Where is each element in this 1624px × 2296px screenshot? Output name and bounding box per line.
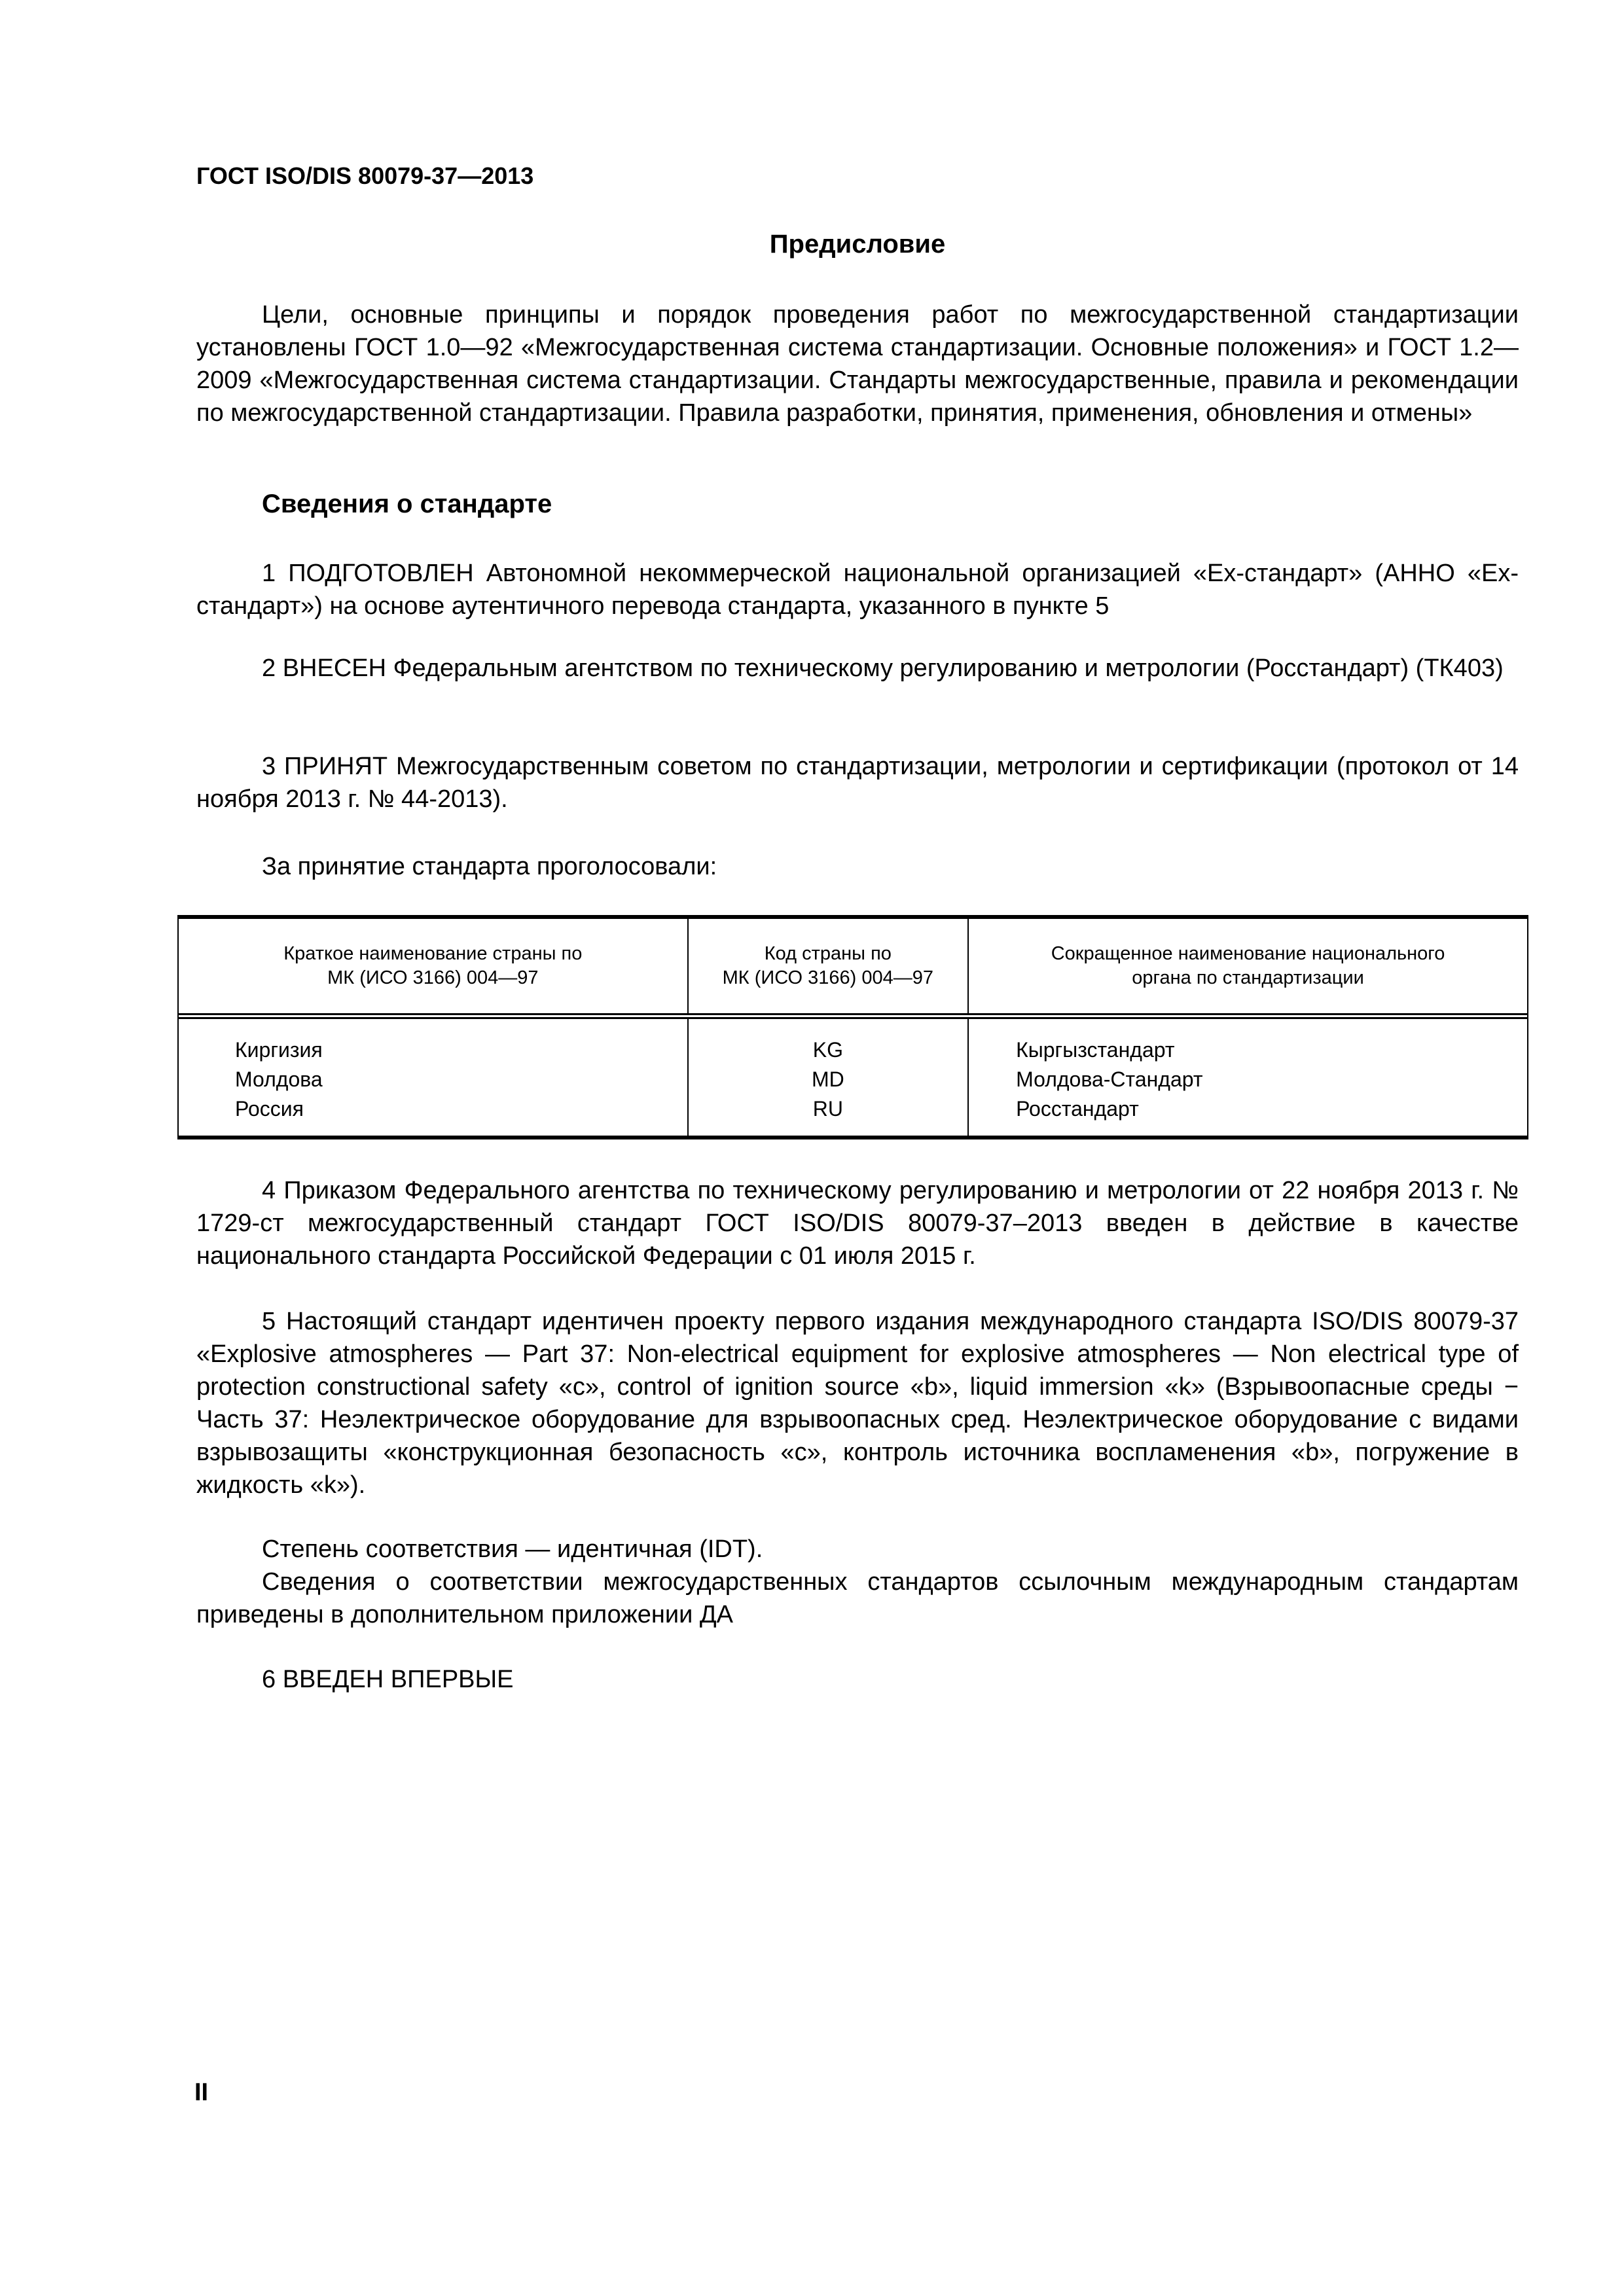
- vote-intro-line: За принятие стандарта проголосовали:: [196, 850, 1519, 883]
- vote-table-body: Киргизия Молдова Россия KG MD RU Кыргызс…: [179, 1019, 1527, 1136]
- header-line: МК (ИСО 3166) 004—97: [327, 966, 538, 990]
- country-name: Киргизия: [235, 1035, 687, 1065]
- conformity-degree: Степень соответствия — идентичная (IDT).: [196, 1533, 1519, 1566]
- vote-table-header-country: Краткое наименование страны по МК (ИСО 3…: [179, 919, 687, 1013]
- item-adopted: 3 ПРИНЯТ Межгосударственным советом по с…: [196, 750, 1519, 816]
- conformity-reference: Сведения о соответствии межгосударственн…: [196, 1566, 1519, 1631]
- org-name: Молдова-Стандарт: [1016, 1065, 1527, 1094]
- country-name: Россия: [235, 1094, 687, 1124]
- header-line: Сокращенное наименование национального: [1051, 942, 1445, 966]
- vote-table: Краткое наименование страны по МК (ИСО 3…: [177, 915, 1528, 1139]
- column-country: Киргизия Молдова Россия: [179, 1019, 687, 1136]
- country-code: RU: [689, 1094, 967, 1124]
- item-identity: 5 Настоящий стандарт идентичен проекту п…: [196, 1305, 1519, 1501]
- document-page: ГОСТ ISO/DIS 80079-37—2013 Предисловие Ц…: [0, 0, 1624, 2296]
- header-line: органа по стандартизации: [1132, 966, 1363, 990]
- item-submitted: 2 ВНЕСЕН Федеральным агентством по техни…: [196, 652, 1519, 685]
- section-heading: Сведения о стандарте: [196, 488, 1519, 520]
- intro-paragraph: Цели, основные принципы и порядок провед…: [196, 298, 1519, 429]
- org-name: Росстандарт: [1016, 1094, 1527, 1124]
- page-number: II: [194, 2076, 208, 2109]
- conformity-block: Степень соответствия — идентичная (IDT).…: [196, 1533, 1519, 1631]
- standard-designation: ГОСТ ISO/DIS 80079-37—2013: [196, 160, 1519, 192]
- vote-table-header-row: Краткое наименование страны по МК (ИСО 3…: [179, 919, 1527, 1019]
- item-introduced: 6 ВВЕДЕН ВПЕРВЫЕ: [196, 1663, 1519, 1696]
- country-code: MD: [689, 1065, 967, 1094]
- country-name: Молдова: [235, 1065, 687, 1094]
- org-name: Кыргызстандарт: [1016, 1035, 1527, 1065]
- header-line: Краткое наименование страны по: [283, 942, 582, 966]
- vote-table-header-org: Сокращенное наименование национального о…: [967, 919, 1527, 1013]
- page-title: Предисловие: [196, 228, 1519, 260]
- column-org: Кыргызстандарт Молдова-Стандарт Росстанд…: [967, 1019, 1527, 1136]
- item-prepared: 1 ПОДГОТОВЛЕН Автономной некоммерческой …: [196, 557, 1519, 622]
- header-line: Код страны по: [765, 942, 892, 966]
- item-order: 4 Приказом Федерального агентства по тех…: [196, 1174, 1519, 1272]
- header-line: МК (ИСО 3166) 004—97: [723, 966, 933, 990]
- column-code: KG MD RU: [687, 1019, 967, 1136]
- country-code: KG: [689, 1035, 967, 1065]
- vote-table-header-code: Код страны по МК (ИСО 3166) 004—97: [687, 919, 967, 1013]
